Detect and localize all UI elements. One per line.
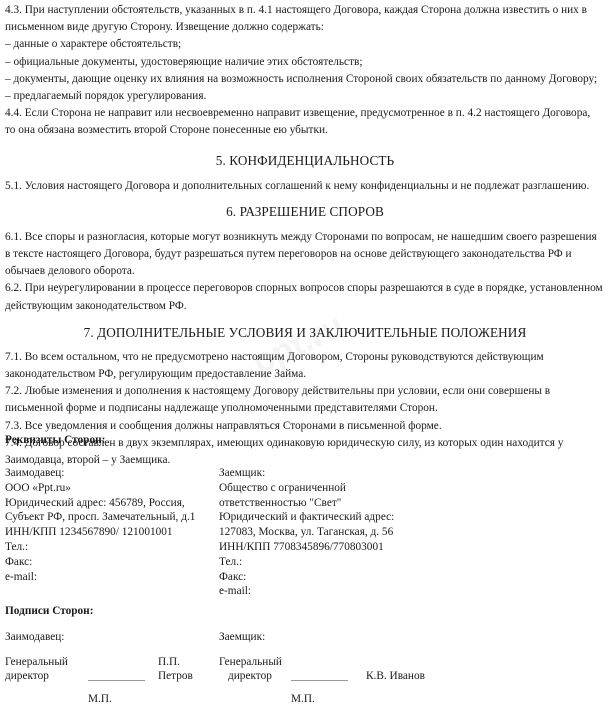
borrower-seal: М.П. <box>291 692 315 707</box>
borrower-phone: Тел.: <box>219 555 242 570</box>
requisites-title: Реквизиты Сторон: <box>5 433 105 448</box>
borrower-position: директор <box>228 669 272 684</box>
text-line: обычаев делового оборота. <box>5 263 605 280</box>
text-line: законодательством РФ, регулирующим предо… <box>5 366 605 383</box>
clause-6-1: 6.1. Все споры и разногласия, которые мо… <box>5 229 605 281</box>
lender-seal: М.П. <box>88 692 112 707</box>
signatures-title: Подписи Сторон: <box>5 604 93 619</box>
borrower-signatory-name: К.В. Иванов <box>366 669 425 684</box>
text-line: письменном виде другую Сторону. Извещени… <box>5 19 605 36</box>
borrower-signature-label: Заемщик: <box>219 630 265 645</box>
borrower-label: Заемщик: <box>219 466 265 481</box>
text-line: 4.4. Если Сторона не направит или несвое… <box>5 105 605 122</box>
lender-signatory-name: П.П. <box>158 655 180 670</box>
borrower-company: ответственностью "Свет" <box>219 496 341 511</box>
section-7-clauses: 7.1. Во всем остальном, что не предусмот… <box>5 349 605 469</box>
borrower-email: e-mail: <box>219 584 251 599</box>
borrower-position: Генеральный <box>219 655 282 670</box>
borrower-inn: ИНН/КПП 7708345896/770803001 <box>219 540 384 555</box>
list-item: – официальные документы, удостоверяющие … <box>5 54 605 71</box>
list-item: – документы, дающие оценку их влияния на… <box>5 71 605 88</box>
text-line: 6.2. При неурегулировании в процессе пер… <box>5 280 605 297</box>
lender-signature-line <box>88 680 145 681</box>
text-line: то она обязана возместить второй Стороне… <box>5 122 605 139</box>
clause-4-4: 4.4. Если Сторона не направит или несвое… <box>5 105 605 139</box>
text-line: 7.2. Любые изменения и дополнения к наст… <box>5 383 605 400</box>
lender-signature-label: Заимодавец: <box>5 630 64 645</box>
lender-address: Субъект РФ, просп. Замечательный, д.1 <box>5 510 195 525</box>
section-heading-6: 6. РАЗРЕШЕНИЕ СПОРОВ <box>5 203 605 220</box>
lender-label: Заимодавец: <box>5 466 64 481</box>
document-page: 4.3. При наступлении обстоятельств, указ… <box>5 2 605 469</box>
clause-5-1: 5.1. Условия настоящего Договора и допол… <box>5 178 605 195</box>
borrower-fax: Факс: <box>219 570 246 585</box>
lender-position: Генеральный <box>5 655 68 670</box>
text-line: 4.3. При наступлении обстоятельств, указ… <box>5 2 605 19</box>
borrower-address: 127083, Москва, ул. Таганская, д. 56 <box>219 525 393 540</box>
borrower-company: Общество с ограниченной <box>219 481 346 496</box>
section-heading-5: 5. КОНФИДЕНЦИАЛЬНОСТЬ <box>5 152 605 169</box>
text-line: 7.1. Во всем остальном, что не предусмот… <box>5 349 605 366</box>
borrower-address: Юридический и фактический адрес: <box>219 510 394 525</box>
text-line: Заимодавца, второй – у Заемщика. <box>5 452 605 469</box>
lender-email: e-mail: <box>5 570 37 585</box>
text-line: в тексте настоящего Договора, будут разр… <box>5 246 605 263</box>
lender-position: директор <box>5 669 49 684</box>
text-line: действующим законодательством РФ. <box>5 298 605 315</box>
lender-phone: Тел.: <box>5 540 28 555</box>
lender-fax: Факс: <box>5 555 32 570</box>
lender-inn: ИНН/КПП 1234567890/ 121001001 <box>5 525 173 540</box>
text-line: 6.1. Все споры и разногласия, которые мо… <box>5 229 605 246</box>
list-item: – предлагаемый порядок урегулирования. <box>5 88 605 105</box>
clause-6-2: 6.2. При неурегулировании в процессе пер… <box>5 280 605 314</box>
lender-signatory-name: Петров <box>158 669 193 684</box>
lender-address: Юридический адрес: 456789, Россия, <box>5 496 185 511</box>
clause-4-3: 4.3. При наступлении обстоятельств, указ… <box>5 2 605 105</box>
section-heading-7: 7. ДОПОЛНИТЕЛЬНЫЕ УСЛОВИЯ И ЗАКЛЮЧИТЕЛЬН… <box>5 324 605 341</box>
list-item: – данные о характере обстоятельств; <box>5 36 605 53</box>
text-line: письменной форме и подписаны надлежаще у… <box>5 400 605 417</box>
lender-company: ООО «Ppt.ru» <box>5 481 71 496</box>
borrower-signature-line <box>291 680 348 681</box>
